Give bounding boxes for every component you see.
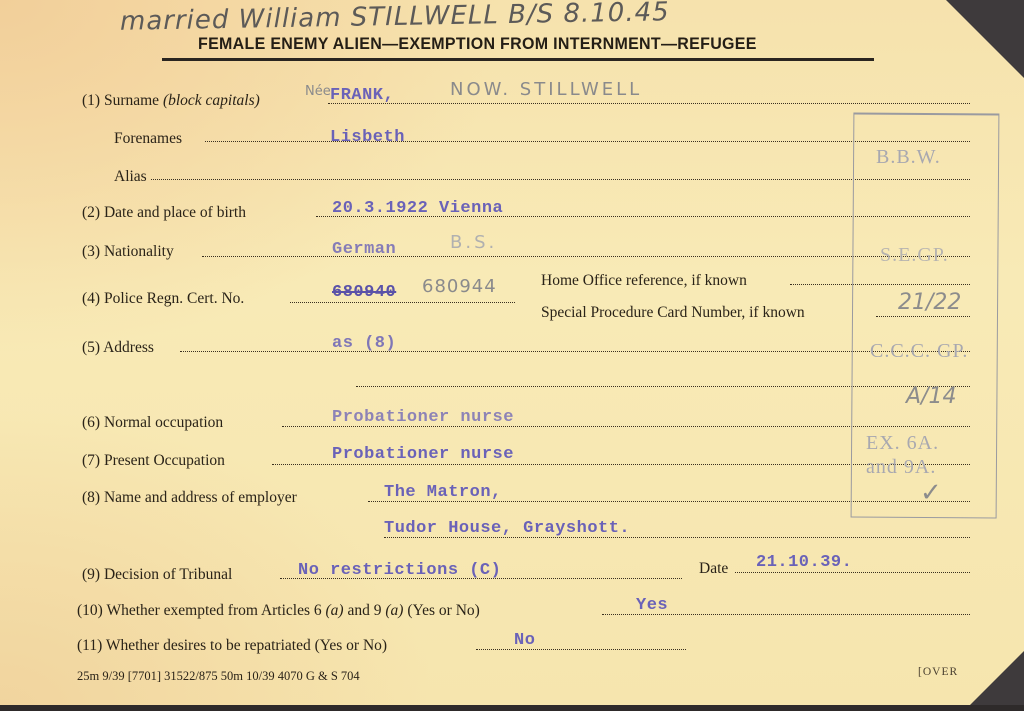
police-cert-correction: 680944 [422, 276, 497, 297]
surname-label: (1) Surname (block capitals) [82, 92, 260, 110]
nationality-label: (3) Nationality [82, 243, 174, 261]
police-cert-struck-value: 680940 [332, 283, 396, 302]
alias-label: Alias [114, 168, 147, 186]
special-procedure-label: Special Procedure Card Number, if known [541, 304, 805, 322]
repatriated-value: No [514, 631, 535, 650]
surname-label-hint: (block capitals) [163, 92, 260, 109]
stamp-pencil-ref: A/14 [906, 384, 956, 409]
stamp-ex6a: EX. 6A. [866, 432, 939, 455]
address-label: (5) Address [82, 339, 154, 357]
tribunal-date-value: 21.10.39. [756, 553, 852, 572]
employer-address-value: Tudor House, Grayshott. [384, 519, 630, 538]
stamp-segp: S.E.GP. [880, 244, 949, 267]
surname-now-note: NOW. STILLWELL [450, 79, 642, 100]
print-code: 25m 9/39 [7701] 31522/875 50m 10/39 4070… [77, 669, 360, 684]
forenames-value: Lisbeth [330, 128, 405, 147]
stamp-cccgp: C.C.C. GP. [870, 340, 968, 363]
surname-value: FRANK, [330, 86, 394, 105]
birth-label: (2) Date and place of birth [82, 204, 246, 222]
surname-nee-prefix: Née [305, 84, 331, 99]
police-cert-line [290, 302, 515, 303]
birth-value: 20.3.1922 Vienna [332, 199, 503, 218]
present-occupation-value: Probationer nurse [332, 445, 514, 464]
alias-line [151, 179, 970, 180]
surname-line [328, 103, 970, 104]
employer-name-value: The Matron, [384, 483, 502, 502]
stamp-and9a: and 9A. [866, 456, 936, 479]
card-bottom-edge [0, 705, 1024, 711]
title-underline [162, 58, 874, 61]
over-indicator: [OVER [918, 666, 958, 678]
police-cert-label: (4) Police Regn. Cert. No. [82, 290, 244, 308]
nationality-initials: B.S. [450, 232, 497, 253]
repatriated-line [476, 649, 686, 650]
normal-occupation-label: (6) Normal occupation [82, 414, 223, 432]
repatriated-label: (11) Whether desires to be repatriated (… [77, 637, 387, 655]
forenames-label: Forenames [114, 130, 182, 148]
exempted-value: Yes [636, 596, 668, 615]
handwritten-marriage-note: married William STILLWELL B/S 8.10.45 [120, 0, 670, 37]
exempted-label: (10) Whether exempted from Articles 6 (a… [77, 602, 480, 620]
page-corner-top-right [946, 0, 1024, 78]
tribunal-date-label: Date [699, 560, 728, 578]
nationality-value: German [332, 240, 396, 259]
tribunal-label: (9) Decision of Tribunal [82, 566, 232, 584]
tribunal-date-line [735, 572, 970, 573]
index-card: married William STILLWELL B/S 8.10.45 FE… [0, 0, 1024, 711]
home-office-ref-label: Home Office reference, if known [541, 272, 747, 290]
tribunal-decision-value: No restrictions (C) [298, 561, 501, 580]
stamp-bbw: B.B.W. [876, 146, 941, 169]
page-corner-bottom-right [964, 651, 1024, 711]
stamp-check-mark-icon: ✓ [920, 478, 942, 508]
address-value: as (8) [332, 334, 396, 353]
normal-occupation-value: Probationer nurse [332, 408, 514, 427]
employer-label: (8) Name and address of employer [82, 489, 297, 507]
present-occupation-label: (7) Present Occupation [82, 452, 225, 470]
form-title: FEMALE ENEMY ALIEN—EXEMPTION FROM INTERN… [198, 36, 757, 55]
